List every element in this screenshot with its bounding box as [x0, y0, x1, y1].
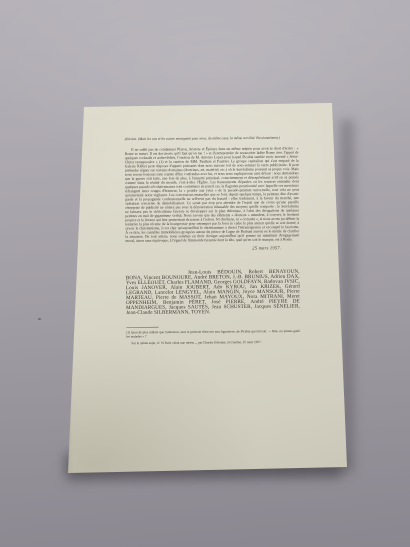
date-line: 25 mars 1957. [125, 246, 281, 252]
intro-italic-line: dérision. (Mais les uns et les autres en… [125, 135, 299, 141]
signatories: Jean-Louis BÉDOUIN, Robert BENAYOUN, BON… [126, 269, 300, 315]
footnote-rule [126, 327, 158, 328]
document-page: dérision. (Mais les uns et les autres en… [64, 100, 356, 480]
printed-text-block: dérision. (Mais les uns et les autres en… [125, 135, 306, 473]
dust-speck [38, 318, 41, 320]
footnote-1: (1) Quoi de plus infâme que l'annexion, … [126, 329, 300, 338]
tract-body-paragraph: Il ne suffit pas de condamner Platon, Ar… [125, 146, 300, 243]
footnote-2: Sur le même sujet, cf. Si Paris valait u… [126, 340, 300, 345]
photo-backdrop: dérision. (Mais les uns et les autres en… [0, 0, 410, 547]
